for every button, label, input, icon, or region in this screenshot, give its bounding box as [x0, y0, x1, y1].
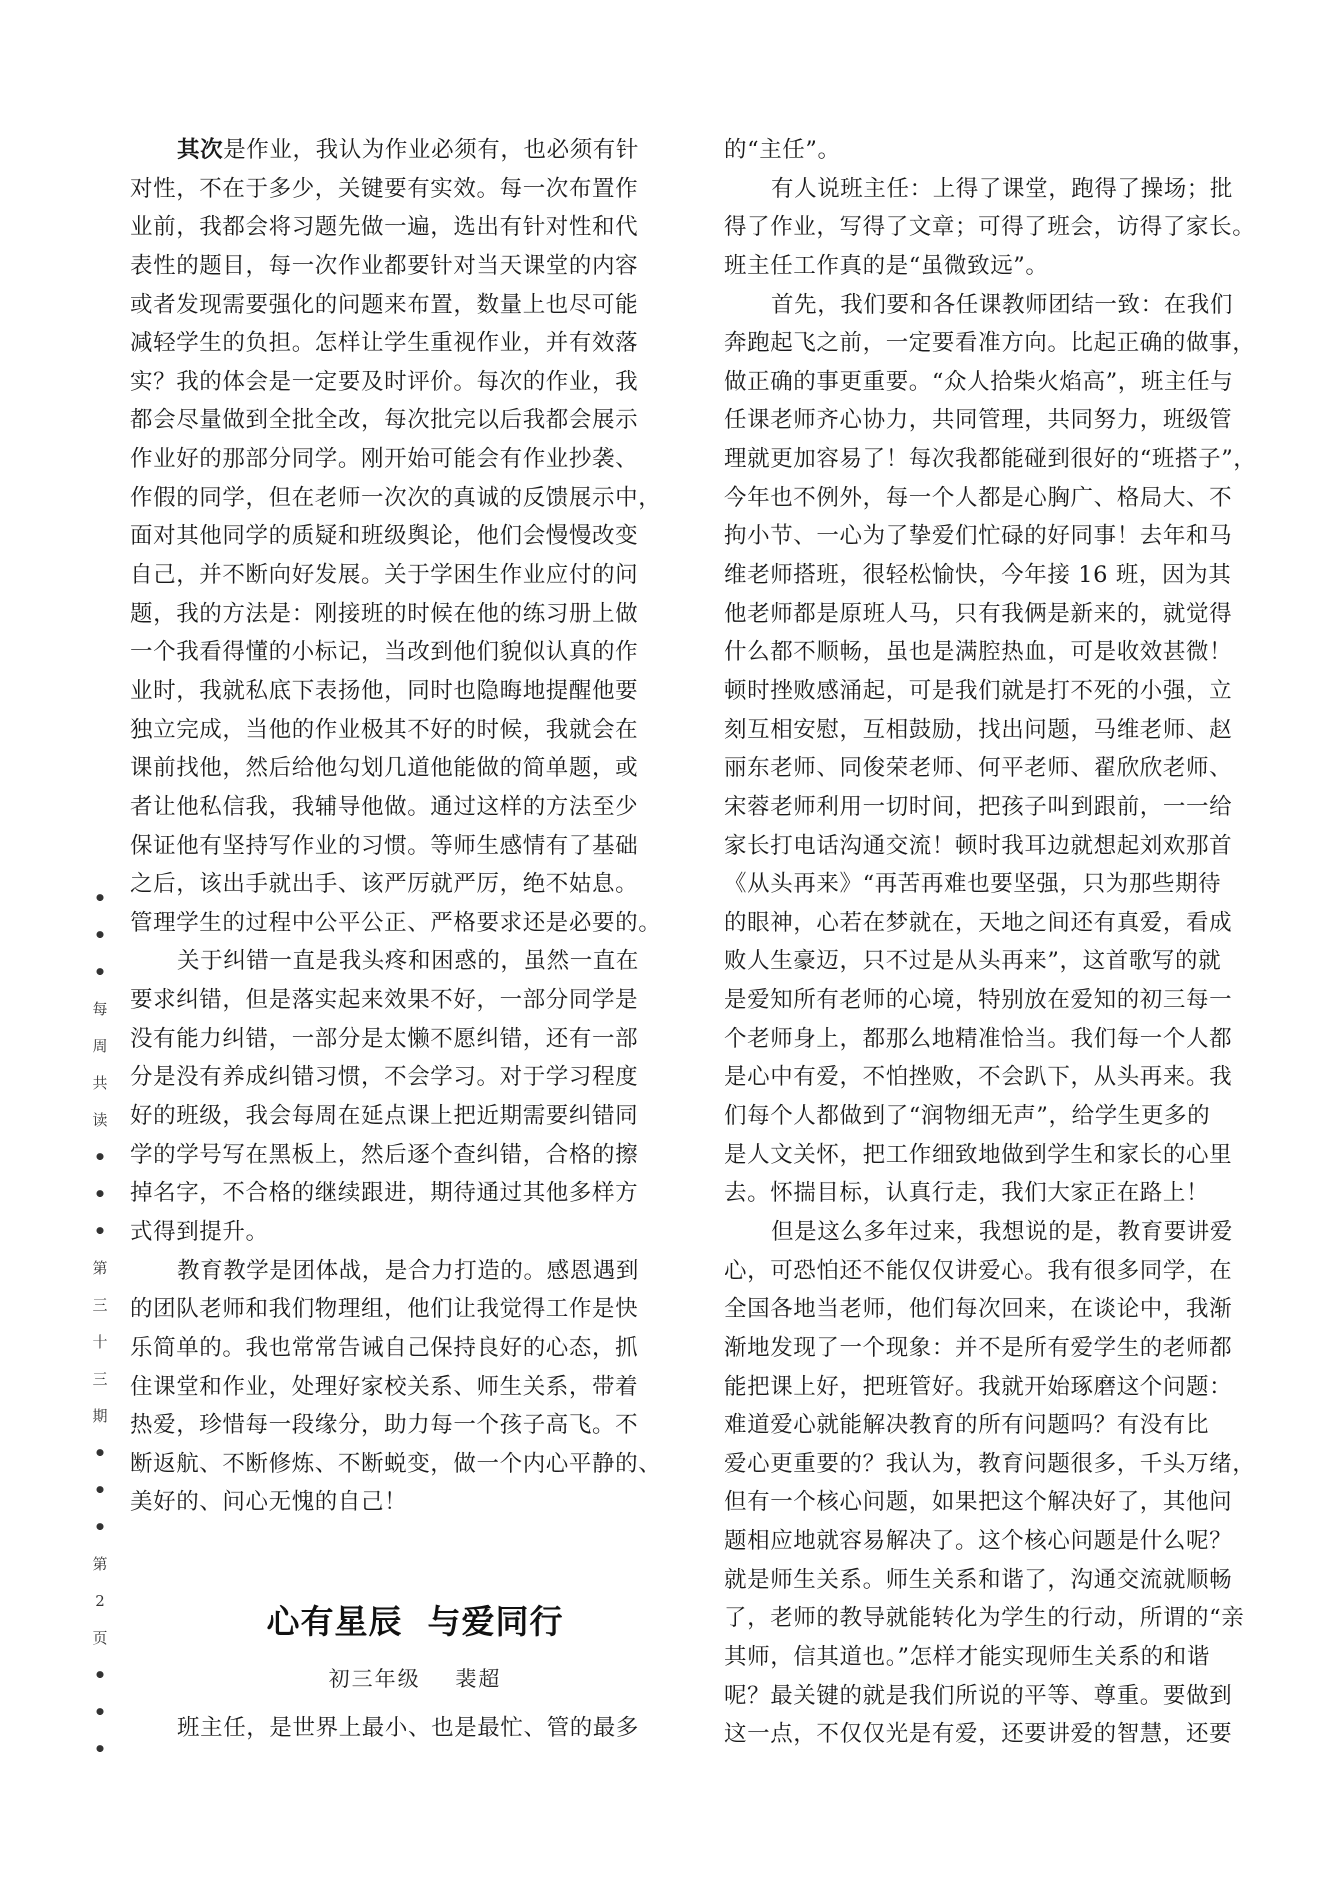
margin-char: 三	[86, 1361, 114, 1398]
text-line: 有人说班主任：上得了课堂，跑得了操场；批	[724, 170, 1264, 209]
text-line: 热爱，珍惜每一段缘分，助力每一个孩子高飞。不	[130, 1406, 650, 1445]
text-line: 独立完成，当他的作业极其不好的时候，我就会在	[130, 711, 650, 750]
text-line: 任课老师齐心协力，共同管理，共同努力，班级管	[724, 401, 1264, 440]
text-line: 题相应地就容易解决了。这个核心问题是什么呢？	[724, 1522, 1264, 1561]
margin-dot: •	[86, 1472, 114, 1509]
right-column: 的“主任”。 有人说班主任：上得了课堂，跑得了操场；批 得了作业，写得了文章；可…	[724, 131, 1264, 1754]
text-line: 家长打电话沟通交流！顿时我耳边就想起刘欢那首	[724, 827, 1264, 866]
text-line: 断返航、不断修炼、不断蜕变，做一个内心平静的、	[130, 1445, 650, 1484]
text-line: 是爱知所有老师的心境，特别放在爱知的初三每一	[724, 981, 1264, 1020]
margin-char: 第	[86, 1546, 114, 1583]
margin-dot: •	[86, 954, 114, 991]
text-line: 减轻学生的负担。怎样让学生重视作业，并有效落	[130, 324, 650, 363]
text-line: 好的班级，我会每周在延点课上把近期需要纠错同	[130, 1097, 650, 1136]
text-line: 或者发现需要强化的问题来布置，数量上也尽可能	[130, 286, 650, 325]
text-line: 题，我的方法是：刚接班的时候在他的练习册上做	[130, 595, 650, 634]
article-title: 心有星辰 与爱同行	[200, 1596, 630, 1643]
margin-dot: •	[86, 917, 114, 954]
paragraph-error-correction: 关于纠错一直是我头疼和困惑的，虽然一直在 要求纠错，但是落实起来效果不好，一部分…	[130, 942, 650, 1251]
newsletter-page: 其次是作业，我认为作业必须有，也必须有针 对性，不在于多少，关键要有实效。每一次…	[0, 0, 1339, 1894]
margin-char: 共	[86, 1065, 114, 1102]
text-line: 这一点，不仅仅光是有爱，还要讲爱的智慧，还要	[724, 1715, 1264, 1754]
text-line: 做正确的事更重要。“众人拾柴火焰高”，班主任与	[724, 363, 1264, 402]
paragraph-continuation: 的“主任”。	[724, 131, 1264, 170]
margin-char: 页	[86, 1620, 114, 1657]
text-line: 掉名字，不合格的继续跟进，期待通过其他多样方	[130, 1174, 650, 1213]
text-line: 但有一个核心问题，如果把这个解决好了，其他问	[724, 1483, 1264, 1522]
margin-dot: •	[86, 1139, 114, 1176]
margin-dot: •	[86, 1435, 114, 1472]
text-line: 之后，该出手就出手、该严厉就严厉，绝不姑息。	[130, 865, 650, 904]
paragraph-teamwork: 教育教学是团体战，是合力打造的。感恩遇到 的团队老师和我们物理组，他们让我觉得工…	[130, 1252, 650, 1522]
paragraph-love-and-wisdom: 但是这么多年过来，我想说的是，教育要讲爱 心，可恐怕还不能仅仅讲爱心。我有很多同…	[724, 1213, 1264, 1754]
text-line: 都会尽量做到全批全改，每次批完以后我都会展示	[130, 401, 650, 440]
text-line: 什么都不顺畅，虽也是满腔热血，可是收效甚微！	[724, 633, 1264, 672]
text-line: 全国各地当老师，他们每次回来，在谈论中，我渐	[724, 1290, 1264, 1329]
margin-dot: •	[86, 880, 114, 917]
text-line: 败人生豪迈，只不过是从头再来”，这首歌写的就	[724, 942, 1264, 981]
text-line: 作业好的那部分同学。刚开始可能会有作业抄袭、	[130, 440, 650, 479]
margin-char: 十	[86, 1324, 114, 1361]
text-line: 他老师都是原班人马，只有我俩是新来的，就觉得	[724, 595, 1264, 634]
text-line: 实？我的体会是一定要及时评价。每次的作业，我	[130, 363, 650, 402]
text-line: 但是这么多年过来，我想说的是，教育要讲爱	[724, 1213, 1264, 1252]
text-line: 面对其他同学的质疑和班级舆论，他们会慢慢改变	[130, 517, 650, 556]
text-line: 渐地发现了一个现象：并不是所有爱学生的老师都	[724, 1329, 1264, 1368]
text-line: 其次是作业，我认为作业必须有，也必须有针	[130, 131, 650, 170]
text-line: 其师，信其道也。”怎样才能实现师生关系的和谐	[724, 1638, 1264, 1677]
margin-dot: •	[86, 1176, 114, 1213]
text-line: 一个我看得懂的小标记，当改到他们貌似认真的作	[130, 633, 650, 672]
bold-lead-word: 其次	[177, 137, 223, 163]
left-column: 其次是作业，我认为作业必须有，也必须有针 对性，不在于多少，关键要有实效。每一次…	[130, 131, 650, 1522]
text-line: 表性的题目，每一次作业都要针对当天课堂的内容	[130, 247, 650, 286]
text-line: 保证他有坚持写作业的习惯。等师生感情有了基础	[130, 827, 650, 866]
text-line: 难道爱心就能解决教育的所有问题吗？有没有比	[724, 1406, 1264, 1445]
margin-char: 2	[86, 1583, 114, 1620]
text-line: 者让他私信我，我辅导他做。通过这样的方法至少	[130, 788, 650, 827]
margin-char: 期	[86, 1398, 114, 1435]
text-line: 得了作业，写得了文章；可得了班会，访得了家长。	[724, 208, 1264, 247]
article-byline: 初三年级 裴超	[200, 1663, 630, 1693]
text-line: 宋蓉老师利用一切时间，把孩子叫到跟前，一一给	[724, 788, 1264, 827]
text-line: 乐简单的。我也常常告诫自己保持良好的心态，抓	[130, 1329, 650, 1368]
margin-char: 读	[86, 1102, 114, 1139]
text-line: 关于纠错一直是我头疼和困惑的，虽然一直在	[130, 942, 650, 981]
text-line: 对性，不在于多少，关键要有实效。每一次布置作	[130, 170, 650, 209]
text-line: 呢？最关键的就是我们所说的平等、尊重。要做到	[724, 1677, 1264, 1716]
text-line: 刻互相安慰，互相鼓励，找出问题，马维老师、赵	[724, 711, 1264, 750]
article-lead-line: 班主任，是世界上最小、也是最忙、管的最多	[130, 1709, 697, 1748]
text-line: 《从头再来》“再苦再难也要坚强，只为那些期待	[724, 865, 1264, 904]
margin-dot: •	[86, 1694, 114, 1731]
text-line: 自己，并不断向好发展。关于学困生作业应付的问	[130, 556, 650, 595]
margin-dot: •	[86, 1509, 114, 1546]
text-line: 业时，我就私底下表扬他，同时也隐晦地提醒他要	[130, 672, 650, 711]
text-line: 班主任工作真的是“虽微致远”。	[724, 247, 1264, 286]
margin-char: 每	[86, 991, 114, 1028]
text-line: 课前找他，然后给他勾划几道他能做的简单题，或	[130, 749, 650, 788]
text-line: 的“主任”。	[724, 131, 1264, 170]
margin-char: 三	[86, 1287, 114, 1324]
text-line: 业前，我都会将习题先做一遍，选出有针对性和代	[130, 208, 650, 247]
text-line: 能把课上好，把班管好。我就开始琢磨这个问题：	[724, 1368, 1264, 1407]
margin-char: 第	[86, 1250, 114, 1287]
text-line: 是心中有爱，不怕挫败，不会趴下，从头再来。我	[724, 1058, 1264, 1097]
text-line: 们每个人都做到了“润物细无声”，给学生更多的	[724, 1097, 1264, 1136]
paragraph-homework: 其次是作业，我认为作业必须有，也必须有针 对性，不在于多少，关键要有实效。每一次…	[130, 131, 650, 942]
text-line: 式得到提升。	[130, 1213, 650, 1252]
vertical-margin-label: • • • 每 周 共 读 • • • 第 三 十 三 期 • • • 第 2 …	[86, 880, 114, 1768]
text-line: 理就更加容易了！每次我都能碰到很好的“班搭子”，	[724, 440, 1264, 479]
text-line: 要求纠错，但是落实起来效果不好，一部分同学是	[130, 981, 650, 1020]
paragraph-unity: 首先，我们要和各任课教师团结一致：在我们 奔跑起飞之前，一定要看准方向。比起正确…	[724, 286, 1264, 1213]
text-line: 的团队老师和我们物理组，他们让我觉得工作是快	[130, 1290, 650, 1329]
text-line: 分是没有养成纠错习惯，不会学习。对于学习程度	[130, 1058, 650, 1097]
text-line: 住课堂和作业，处理好家校关系、师生关系，带着	[130, 1368, 650, 1407]
text-line: 个老师身上，都那么地精准恰当。我们每一个人都	[724, 1020, 1264, 1059]
margin-dot: •	[86, 1657, 114, 1694]
margin-dot: •	[86, 1213, 114, 1250]
text-line: 今年也不例外，每一个人都是心胸广、格局大、不	[724, 479, 1264, 518]
text-line: 学的学号写在黑板上，然后逐个查纠错，合格的擦	[130, 1136, 650, 1175]
paragraph-head-teacher-saying: 有人说班主任：上得了课堂，跑得了操场；批 得了作业，写得了文章；可得了班会，访得…	[724, 170, 1264, 286]
text-line: 美好的、问心无愧的自己！	[130, 1483, 650, 1522]
text-line: 爱心更重要的？我认为，教育问题很多，千头万绪，	[724, 1445, 1264, 1484]
text-line: 就是师生关系。师生关系和谐了，沟通交流就顺畅	[724, 1561, 1264, 1600]
text-line: 拘小节、一心为了挚爱们忙碌的好同事！去年和马	[724, 517, 1264, 556]
text-line: 了，老师的教导就能转化为学生的行动，所谓的“亲	[724, 1599, 1264, 1638]
text-line: 首先，我们要和各任课教师团结一致：在我们	[724, 286, 1264, 325]
text-line: 顿时挫败感涌起，可是我们就是打不死的小强，立	[724, 672, 1264, 711]
text-line: 管理学生的过程中公平公正、严格要求还是必要的。	[130, 904, 650, 943]
text-line: 丽东老师、同俊荣老师、何平老师、翟欣欣老师、	[724, 749, 1264, 788]
text-line: 是人文关怀，把工作细致地做到学生和家长的心里	[724, 1136, 1264, 1175]
text-line: 的眼神，心若在梦就在，天地之间还有真爱，看成	[724, 904, 1264, 943]
text-line: 没有能力纠错，一部分是太懒不愿纠错，还有一部	[130, 1020, 650, 1059]
text-line: 心，可恐怕还不能仅仅讲爱心。我有很多同学，在	[724, 1252, 1264, 1291]
margin-dot: •	[86, 1731, 114, 1768]
margin-char: 周	[86, 1028, 114, 1065]
text-line: 去。怀揣目标，认真行走，我们大家正在路上！	[724, 1174, 1264, 1213]
text-line: 维老师搭班，很轻松愉快，今年接 16 班，因为其	[724, 556, 1264, 595]
text-line: 教育教学是团体战，是合力打造的。感恩遇到	[130, 1252, 650, 1291]
text-line: 奔跑起飞之前，一定要看准方向。比起正确的做事，	[724, 324, 1264, 363]
text-line: 作假的同学，但在老师一次次的真诚的反馈展示中，	[130, 479, 650, 518]
